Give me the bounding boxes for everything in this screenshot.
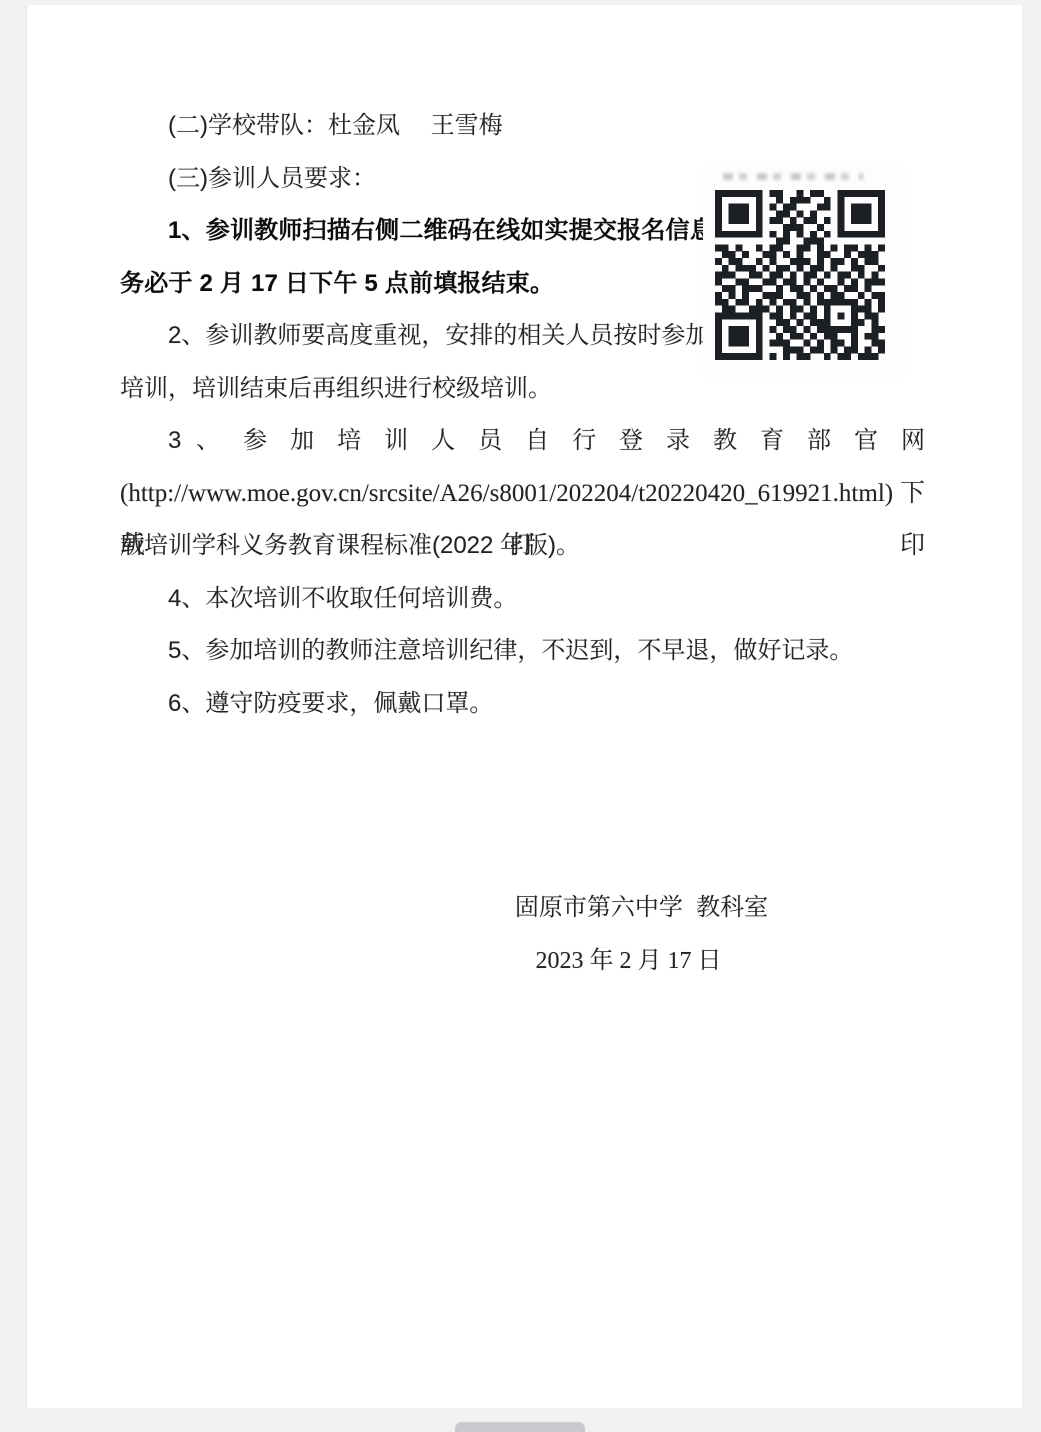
document-page: (二)学校带队：杜金凤 王雪梅 (三)参训人员要求： 1、参训教师扫描右侧二维码… xyxy=(26,5,1022,1408)
footer-spacer xyxy=(120,730,925,882)
scroll-indicator[interactable] xyxy=(455,1423,585,1432)
line-item3-url: (http://www.moe.gov.cn/srcsite/A26/s8001… xyxy=(120,468,925,521)
line-item3-part1: 3 、 参 加 培 训 人 员 自 行 登 录 教 育 部 官 网 xyxy=(120,415,925,468)
screen: (二)学校带队：杜金凤 王雪梅 (三)参训人员要求： 1、参训教师扫描右侧二维码… xyxy=(0,0,1041,1432)
line-item4: 4、本次培训不收取任何培训费。 xyxy=(120,573,925,626)
signature-date: 2023 年 2 月 17 日 xyxy=(120,935,925,988)
signature-office: 固原市第六中学 教科室 xyxy=(120,882,925,935)
qr-caption-blurred-text xyxy=(723,173,863,180)
qr-code-container xyxy=(703,163,905,377)
line-item6: 6、遵守防疫要求，佩戴口罩。 xyxy=(120,678,925,731)
line-school-leaders: (二)学校带队：杜金凤 王雪梅 xyxy=(120,100,925,153)
qr-code xyxy=(715,190,885,360)
line-item5: 5、参加培训的教师注意培训纪律，不迟到，不早退，做好记录。 xyxy=(120,625,925,678)
